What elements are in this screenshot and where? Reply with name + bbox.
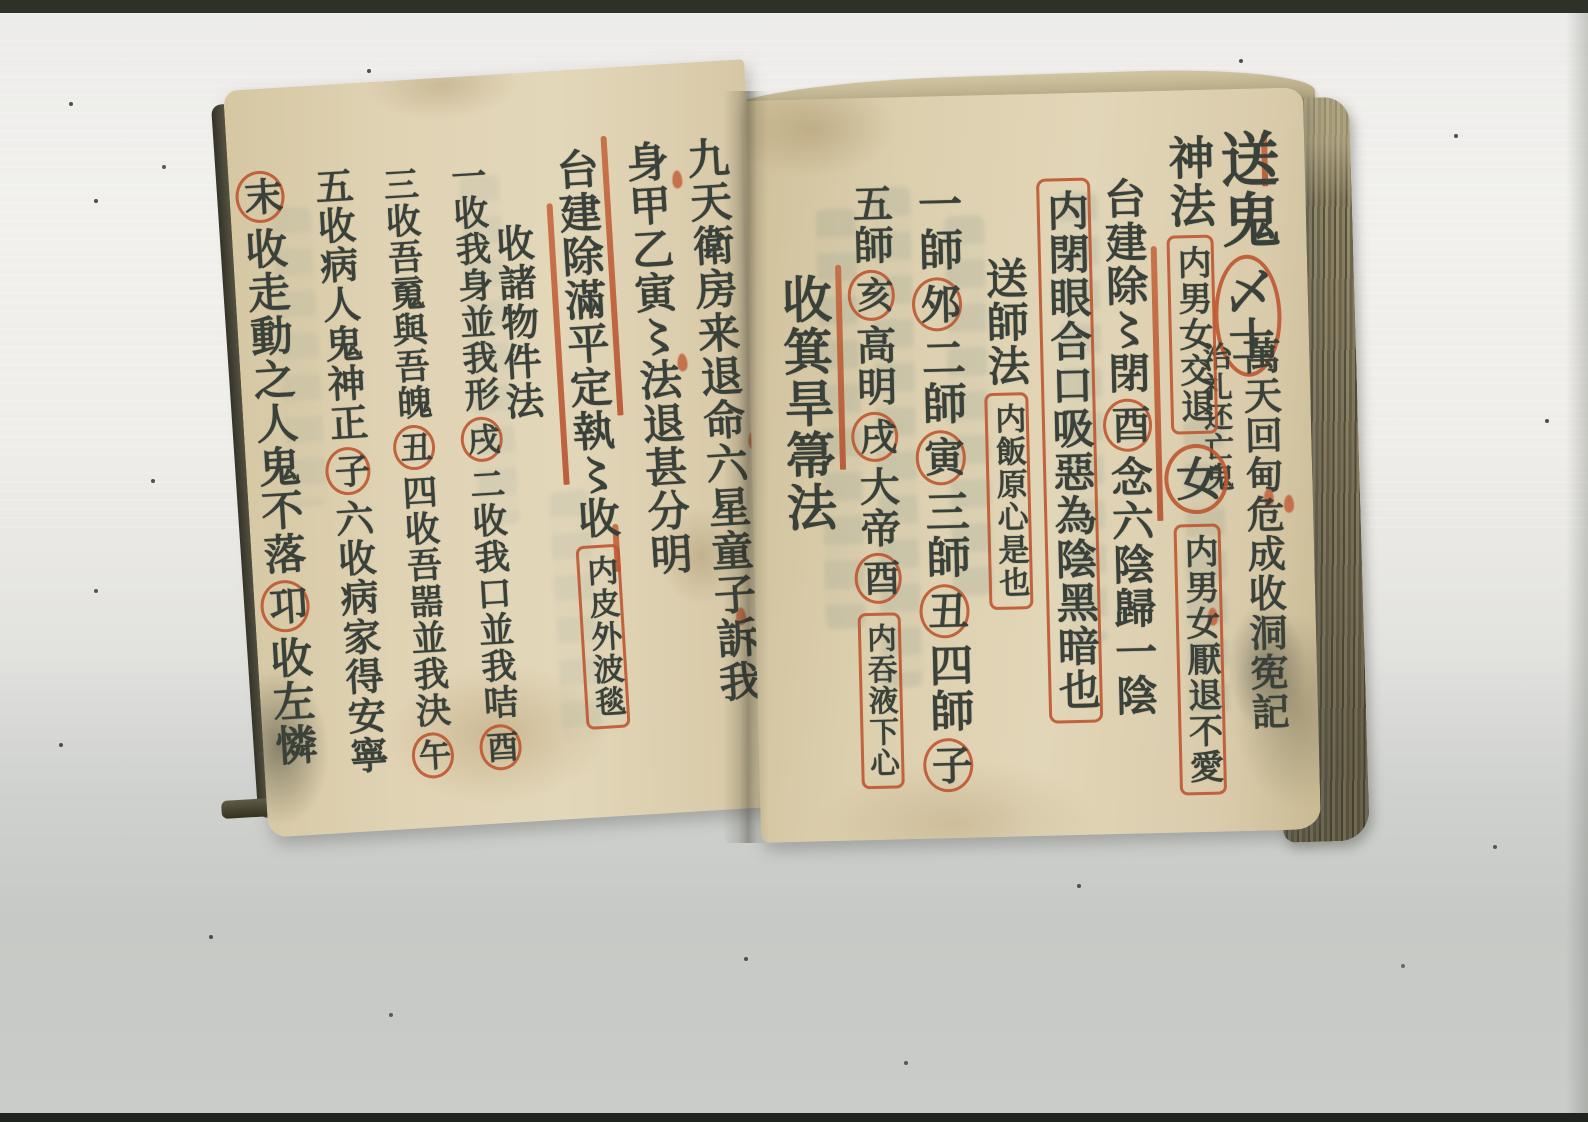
red-boxed-text: 内男女厭退不愛: [1173, 523, 1227, 795]
red-circled-char: 丑: [392, 424, 437, 472]
red-circled-char: 亥: [847, 270, 895, 322]
red-reading-mark: [672, 170, 683, 189]
red-circled-char: 酉: [854, 553, 902, 605]
handwritten-text: 台建除滿平定執〻收: [550, 146, 623, 541]
scanned-manuscript-photo: { "scan": { "description": "Open handwri…: [0, 0, 1588, 1122]
red-circled-char: 女: [1164, 443, 1230, 514]
red-boxed-text: 内男女交退: [1166, 234, 1218, 435]
handwritten-text: 三收吾䰟與吾魄: [377, 165, 432, 422]
red-circled-char: 末: [234, 170, 286, 225]
red-circled-char: 子: [923, 737, 975, 792]
handwritten-text: 六收病家得安寧: [328, 498, 389, 777]
handwritten-text: 台建除〻閉: [1098, 176, 1152, 396]
text-column-r1a: 萬天回甸危成收洞𡨚記: [1237, 336, 1288, 732]
red-circled-char: 午: [411, 731, 456, 779]
handwritten-text: 收左憐: [263, 635, 320, 769]
handwritten-text: 高明: [849, 324, 897, 408]
handwritten-text: 送師法: [979, 256, 1031, 388]
left-page: 九天衛房来退命六星童子訴我身甲乙寅〻法退甚分明台建除滿平定執〻收内皮外波毯收諸物…: [223, 59, 790, 837]
text-column-r5: 送師法内飯原心是也: [981, 256, 1035, 615]
handwritten-text: 五師: [846, 182, 894, 266]
handwritten-text: 萬天回甸危成收洞𡨚記: [1236, 336, 1290, 732]
open-manuscript-book: 九天衛房来退命六星童子訴我身甲乙寅〻法退甚分明台建除滿平定執〻收内皮外波毯收諸物…: [215, 85, 1365, 855]
handwritten-text: 二師: [913, 334, 966, 427]
red-circled-char: 酉: [1102, 399, 1152, 453]
handwritten-text: 念六陰歸一陰: [1104, 455, 1159, 718]
red-circled-char: 邜: [911, 276, 963, 331]
red-boxed-text: 内飯原心是也: [984, 392, 1033, 610]
scanner-bed-bottom-edge: [0, 1113, 1588, 1122]
red-boxed-text: 内吞液下心: [858, 612, 905, 789]
handwritten-text: 四收吾噐並我決: [396, 473, 451, 730]
red-circled-char: 戌: [459, 415, 504, 463]
red-reading-mark: [1284, 495, 1294, 513]
text-column-l6: 三收吾䰟與吾魄丑四收吾噐並我決午: [376, 165, 456, 783]
red-circled-char: 戌: [851, 411, 899, 463]
red-circled-char: 寅: [915, 430, 967, 485]
handwritten-text: 大帝: [853, 466, 901, 550]
dust-specks: [0, 0, 2, 2]
right-page: 送鬼乄士萬天回甸危成收洞𡨚記治礼还亡鬼神法内男女交退女内男女厭退不愛台建除〻閉酉…: [743, 87, 1321, 842]
handwritten-text: 三師: [917, 488, 970, 581]
handwritten-text: 一師: [910, 181, 963, 274]
scanner-bed-top-edge: [0, 0, 1588, 13]
text-column-r8: 收箕旱箒法: [775, 273, 835, 534]
handwritten-text: 收箕旱箒法: [773, 273, 837, 534]
red-circled-char: 子: [324, 445, 372, 496]
red-circled-char: 丑: [919, 584, 971, 639]
red-circled-char: 酉: [478, 723, 523, 771]
handwritten-text: 神法: [1161, 133, 1217, 230]
red-circled-char: 卭: [259, 579, 311, 634]
handwritten-text: 四師: [921, 642, 974, 735]
scan-right-shadow: [1566, 13, 1588, 1113]
